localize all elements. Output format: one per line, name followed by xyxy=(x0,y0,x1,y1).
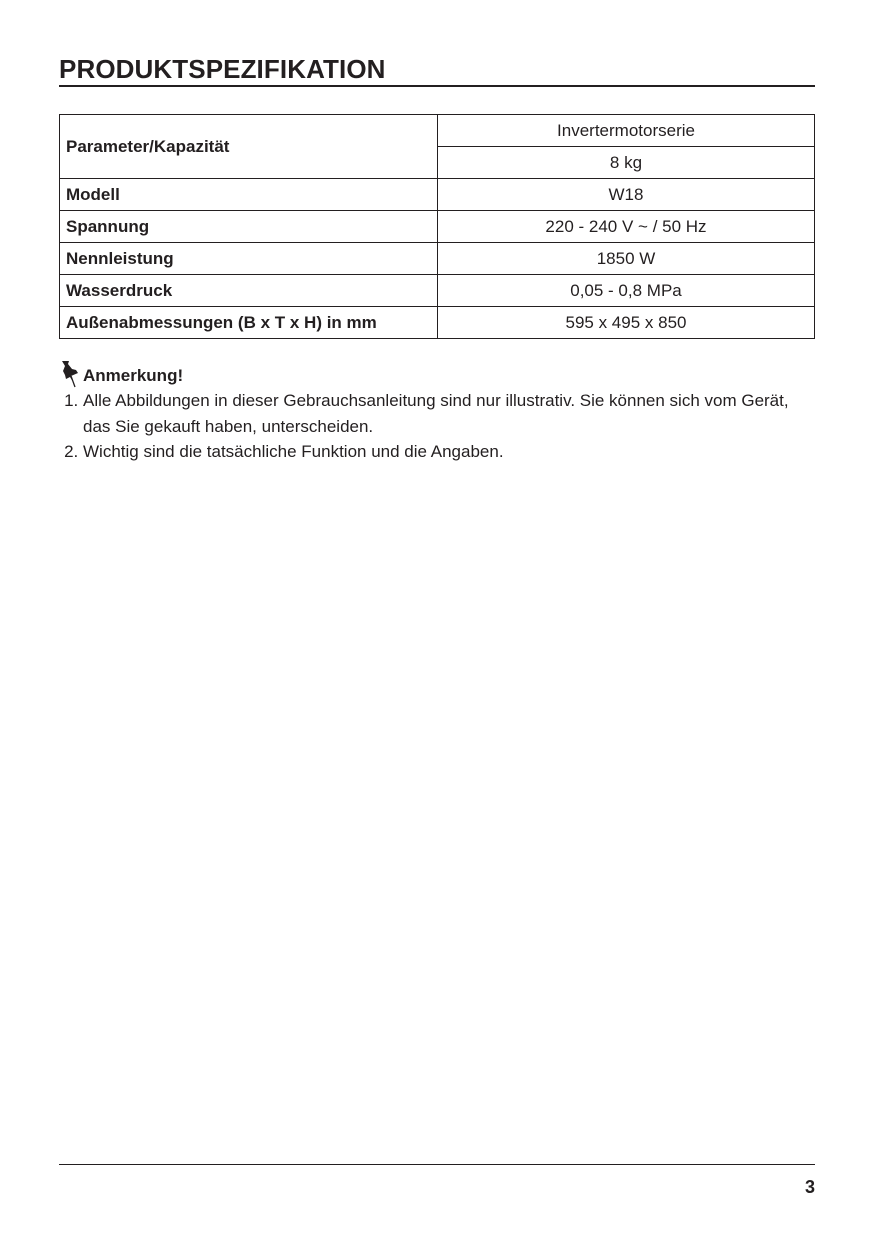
param-cell: Nennleistung xyxy=(60,243,438,275)
param-cell: Spannung xyxy=(60,211,438,243)
value-cell: 595 x 495 x 850 xyxy=(438,307,815,339)
list-item: Alle Abbildungen in dieser Gebrauchsanle… xyxy=(83,388,819,439)
page-title: PRODUKTSPEZIFIKATION xyxy=(59,54,386,85)
spec-table: Parameter/Kapazität Invertermotorserie 8… xyxy=(59,114,815,339)
table-row: Spannung 220 - 240 V ~ / 50 Hz xyxy=(60,211,815,243)
header-param-cell: Parameter/Kapazität xyxy=(60,115,438,179)
table-row: Parameter/Kapazität Invertermotorserie xyxy=(60,115,815,147)
pushpin-icon xyxy=(59,360,81,388)
note-heading: Anmerkung! xyxy=(59,360,819,388)
note-section: Anmerkung! Alle Abbildungen in dieser Ge… xyxy=(59,360,819,465)
header-series-cell: Invertermotorserie xyxy=(438,115,815,147)
param-cell: Modell xyxy=(60,179,438,211)
list-item: Wichtig sind die tatsächliche Funktion u… xyxy=(83,439,819,465)
param-cell: Außenabmessungen (B x T x H) in mm xyxy=(60,307,438,339)
value-cell: 220 - 240 V ~ / 50 Hz xyxy=(438,211,815,243)
value-cell: 1850 W xyxy=(438,243,815,275)
note-heading-text: Anmerkung! xyxy=(83,363,183,389)
table-row: Wasserdruck 0,05 - 0,8 MPa xyxy=(60,275,815,307)
table-row: Außenabmessungen (B x T x H) in mm 595 x… xyxy=(60,307,815,339)
param-cell: Wasserdruck xyxy=(60,275,438,307)
footer-divider xyxy=(59,1164,815,1165)
value-cell: 0,05 - 0,8 MPa xyxy=(438,275,815,307)
page-number: 3 xyxy=(805,1177,815,1198)
table-row: Nennleistung 1850 W xyxy=(60,243,815,275)
header-capacity-cell: 8 kg xyxy=(438,147,815,179)
note-list: Alle Abbildungen in dieser Gebrauchsanle… xyxy=(59,388,819,465)
value-cell: W18 xyxy=(438,179,815,211)
table-row: Modell W18 xyxy=(60,179,815,211)
title-divider xyxy=(59,85,815,87)
